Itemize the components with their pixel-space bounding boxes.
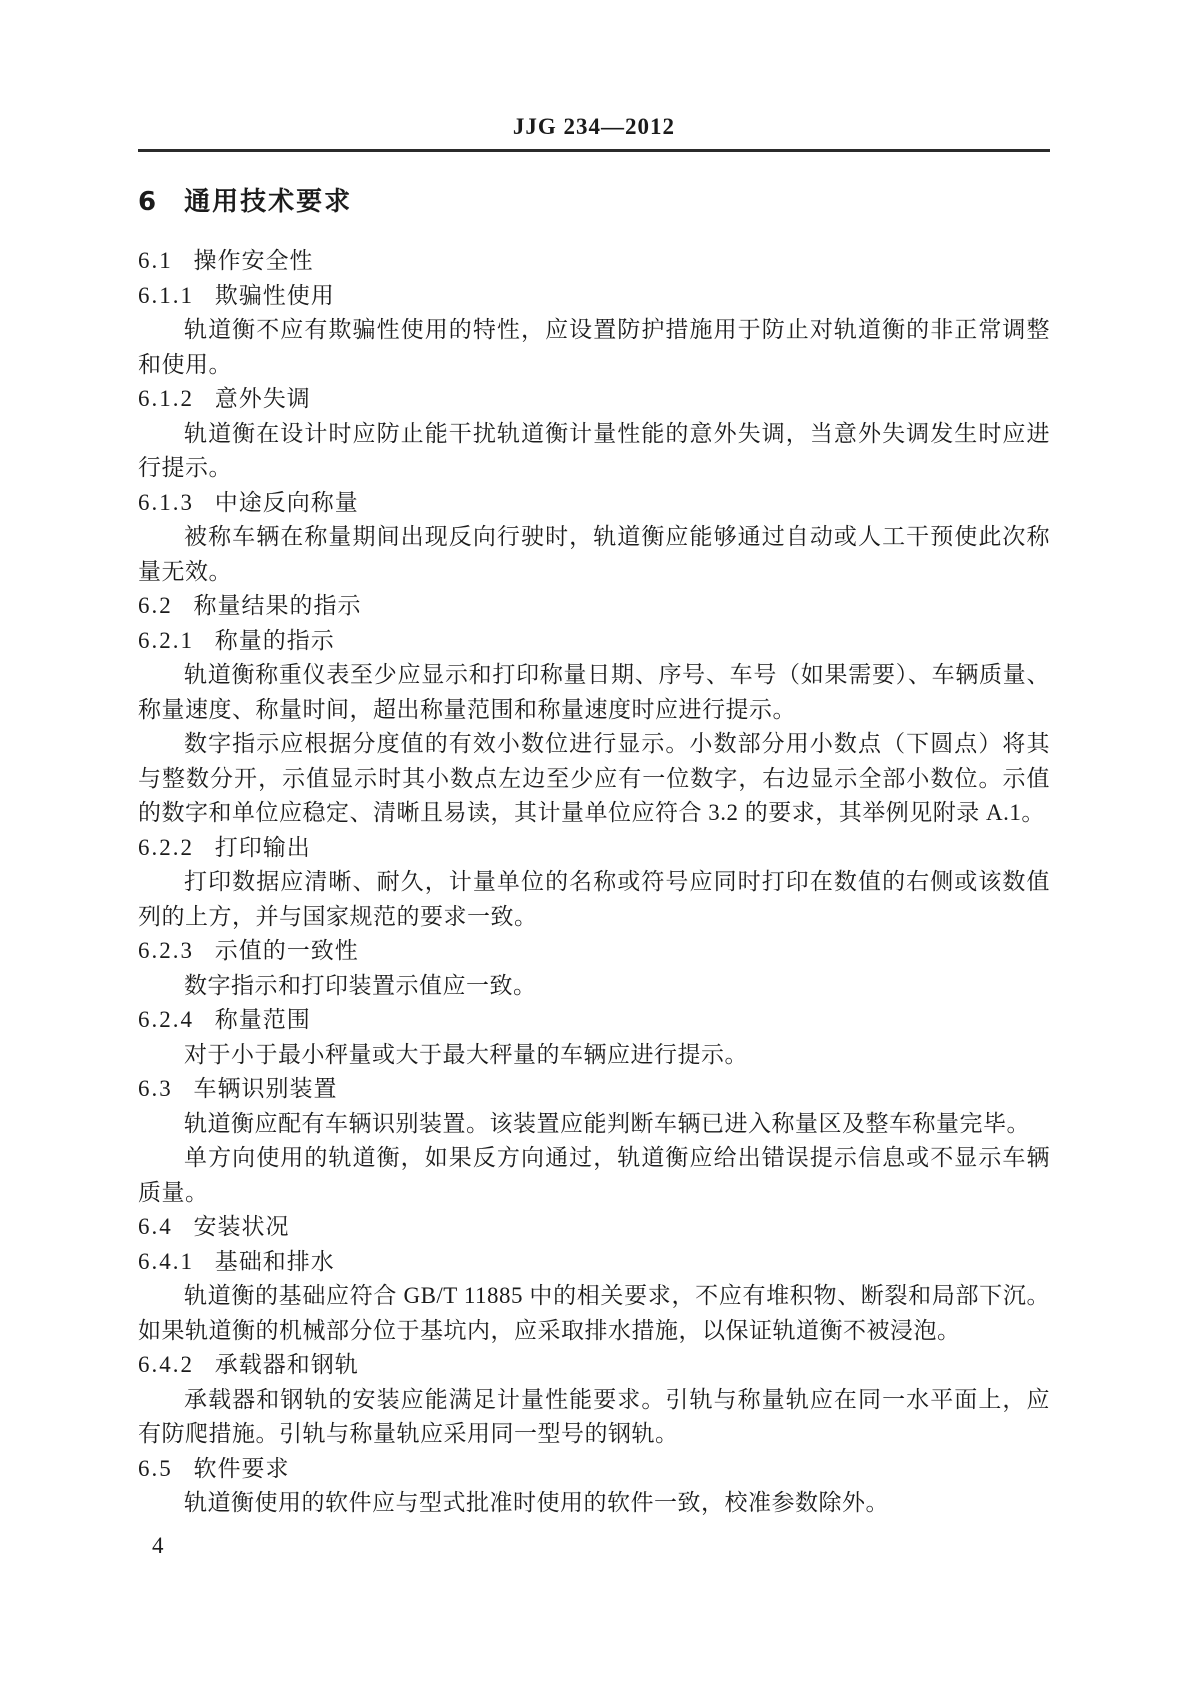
- page-number: 4: [152, 1533, 164, 1558]
- subclause-heading: 6.2.4称量范围: [138, 1003, 1050, 1038]
- clause-title: 打印输出: [215, 835, 311, 860]
- subclause-heading: 6.1.2意外失调: [138, 382, 1050, 417]
- page-footer: 4: [138, 1529, 1050, 1563]
- subclause-heading: 6.2.2打印输出: [138, 831, 1050, 866]
- clause-number: 6.5: [138, 1456, 173, 1481]
- clause-number: 6.1: [138, 248, 173, 273]
- clause-number: 6.2.4: [138, 1007, 194, 1032]
- subclause-heading: 6.2.3示值的一致性: [138, 934, 1050, 969]
- chapter-heading: 6通用技术要求: [138, 182, 1050, 222]
- clause-title: 车辆识别装置: [193, 1076, 337, 1101]
- subclause-heading: 6.4.1基础和排水: [138, 1245, 1050, 1280]
- clause-title: 示值的一致性: [215, 938, 359, 963]
- clause-heading: 6.4安装状况: [138, 1210, 1050, 1245]
- clause-number: 6.3: [138, 1076, 173, 1101]
- document-page: JJG 234—2012 6通用技术要求 6.1操作安全性6.1.1欺骗性使用轨…: [0, 0, 1191, 1684]
- clause-title: 欺骗性使用: [215, 283, 335, 308]
- clause-number: 6.4: [138, 1214, 173, 1239]
- clause-title: 称量范围: [215, 1007, 311, 1032]
- subclause-heading: 6.1.3中途反向称量: [138, 486, 1050, 521]
- clause-number: 6.4.1: [138, 1249, 194, 1274]
- paragraph: 承载器和钢轨的安装应能满足计量性能要求。引轨与称量轨应在同一水平面上，应有防爬措…: [138, 1383, 1050, 1452]
- running-header: JJG 234—2012: [138, 110, 1050, 144]
- document-code: JJG 234—2012: [513, 114, 675, 139]
- paragraph: 被称车辆在称量期间出现反向行驶时，轨道衡应能够通过自动或人工干预使此次称量无效。: [138, 520, 1050, 589]
- paragraph: 轨道衡使用的软件应与型式批准时使用的软件一致，校准参数除外。: [138, 1486, 1050, 1521]
- paragraph: 轨道衡不应有欺骗性使用的特性，应设置防护措施用于防止对轨道衡的非正常调整和使用。: [138, 313, 1050, 382]
- clause-title: 软件要求: [193, 1456, 289, 1481]
- header-rule: [138, 149, 1050, 152]
- clause-heading: 6.1操作安全性: [138, 244, 1050, 279]
- clause-number: 6.2.3: [138, 938, 194, 963]
- page-content: JJG 234—2012 6通用技术要求 6.1操作安全性6.1.1欺骗性使用轨…: [138, 110, 1050, 1563]
- clause-number: 6.2.2: [138, 835, 194, 860]
- paragraph: 轨道衡的基础应符合 GB/T 11885 中的相关要求，不应有堆积物、断裂和局部…: [138, 1279, 1050, 1348]
- clause-title: 称量结果的指示: [193, 593, 361, 618]
- chapter-number: 6: [138, 187, 158, 217]
- clause-number: 6.1.2: [138, 386, 194, 411]
- clause-number: 6.2.1: [138, 628, 194, 653]
- clause-title: 操作安全性: [193, 248, 313, 273]
- paragraph: 轨道衡称重仪表至少应显示和打印称量日期、序号、车号（如果需要）、车辆质量、称量速…: [138, 658, 1050, 727]
- clause-title: 中途反向称量: [215, 490, 359, 515]
- clause-title: 基础和排水: [215, 1249, 335, 1274]
- clause-number: 6.4.2: [138, 1352, 194, 1377]
- subclause-heading: 6.1.1欺骗性使用: [138, 279, 1050, 314]
- subclause-heading: 6.2.1称量的指示: [138, 624, 1050, 659]
- paragraph: 轨道衡应配有车辆识别装置。该装置应能判断车辆已进入称量区及整车称量完毕。: [138, 1107, 1050, 1142]
- paragraph: 打印数据应清晰、耐久，计量单位的名称或符号应同时打印在数值的右侧或该数值列的上方…: [138, 865, 1050, 934]
- clause-number: 6.1.1: [138, 283, 194, 308]
- paragraph: 轨道衡在设计时应防止能干扰轨道衡计量性能的意外失调，当意外失调发生时应进行提示。: [138, 417, 1050, 486]
- paragraph: 数字指示和打印装置示值应一致。: [138, 969, 1050, 1004]
- paragraph: 数字指示应根据分度值的有效小数位进行显示。小数部分用小数点（下圆点）将其与整数分…: [138, 727, 1050, 831]
- clause-title: 安装状况: [193, 1214, 289, 1239]
- clause-title: 意外失调: [215, 386, 311, 411]
- document-body: 6.1操作安全性6.1.1欺骗性使用轨道衡不应有欺骗性使用的特性，应设置防护措施…: [138, 244, 1050, 1521]
- clause-heading: 6.3车辆识别装置: [138, 1072, 1050, 1107]
- clause-title: 称量的指示: [215, 628, 335, 653]
- paragraph: 对于小于最小秤量或大于最大秤量的车辆应进行提示。: [138, 1038, 1050, 1073]
- subclause-heading: 6.4.2承载器和钢轨: [138, 1348, 1050, 1383]
- chapter-title: 通用技术要求: [184, 187, 352, 217]
- clause-number: 6.1.3: [138, 490, 194, 515]
- paragraph: 单方向使用的轨道衡，如果反方向通过，轨道衡应给出错误提示信息或不显示车辆质量。: [138, 1141, 1050, 1210]
- clause-heading: 6.5软件要求: [138, 1452, 1050, 1487]
- clause-title: 承载器和钢轨: [215, 1352, 359, 1377]
- clause-heading: 6.2称量结果的指示: [138, 589, 1050, 624]
- clause-number: 6.2: [138, 593, 173, 618]
